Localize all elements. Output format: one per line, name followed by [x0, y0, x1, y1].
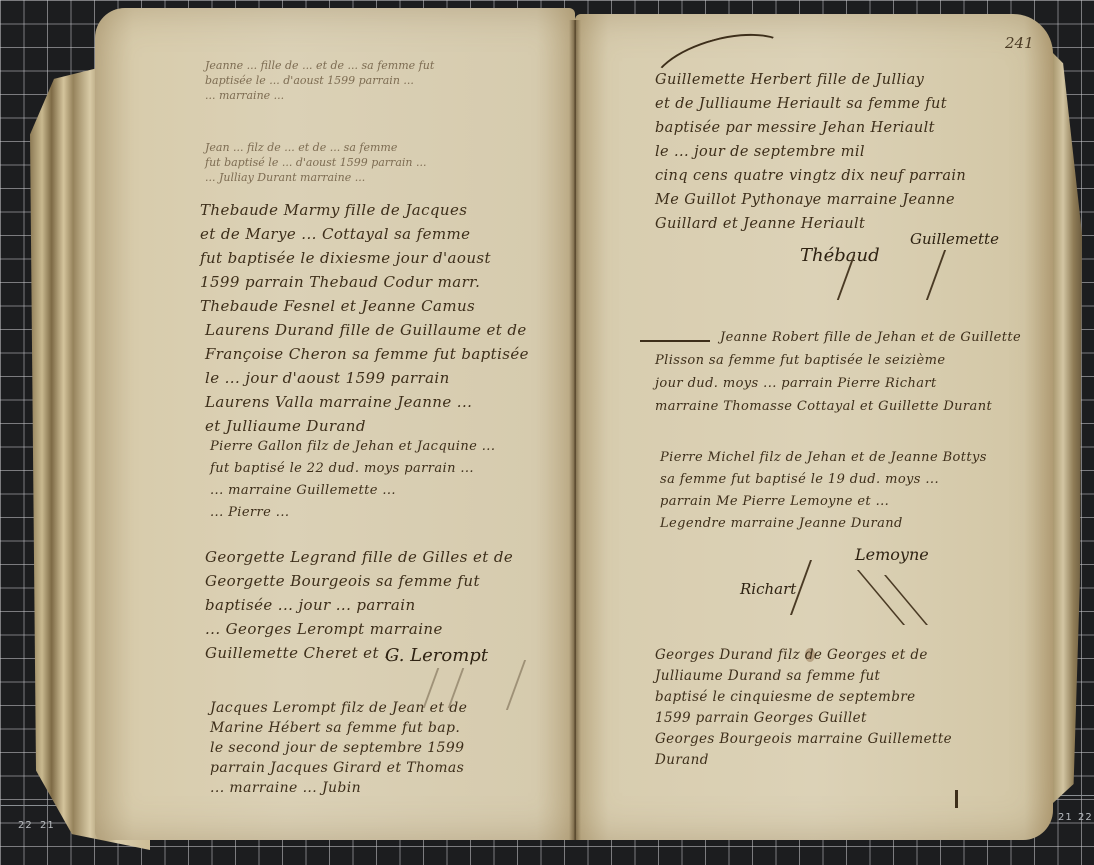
entry-line: cinq cens quatre vingtz dix neuf parrain [655, 164, 1045, 188]
register-entry: Pierre Gallon filz de Jehan et Jacquine … [210, 436, 565, 524]
entry-line: fut baptisé le 22 dud. moys parrain ... [210, 458, 565, 480]
entry-line: Julliaume Durand sa femme fut [655, 666, 1050, 687]
entry-line: Durand [655, 750, 1050, 771]
ruler-label: 21 [40, 820, 55, 831]
entry-line: baptisée le ... d'aoust 1599 parrain ... [205, 73, 560, 88]
entry-line: baptisé le cinquiesme de septembre [655, 687, 1050, 708]
entry-line: le ... jour de septembre mil [655, 140, 1045, 164]
register-entry: Jeanne Robert fille de Jehan et de Guill… [655, 326, 1050, 418]
entry-line: le second jour de septembre 1599 [210, 738, 570, 758]
register-entry: Pierre Michel filz de Jehan et de Jeanne… [660, 447, 1050, 535]
entry-line: le ... jour d'aoust 1599 parrain [205, 366, 565, 390]
entry-line: ... marraine ... [205, 88, 560, 103]
entry-line: parrain Jacques Girard et Thomas [210, 758, 570, 778]
register-entry: Jeanne ... fille de ... et de ... sa fem… [205, 58, 560, 103]
entry-line: ... Pierre ... [210, 502, 565, 524]
signature: Richart [740, 580, 796, 598]
ruler-label: 21 [1058, 812, 1073, 823]
register-entry: Laurens Durand fille de Guillaume et de … [205, 318, 565, 438]
entry-line: Pierre Gallon filz de Jehan et Jacquine … [210, 436, 565, 458]
entry-line: et de Marye ... Cottayal sa femme [200, 222, 565, 246]
signature: Thébaud [800, 245, 880, 266]
entry-line: fut baptisé le ... d'aoust 1599 parrain … [205, 155, 560, 170]
entry-line: baptisée ... jour ... parrain [205, 593, 565, 617]
register-entry: Guillemette Herbert fille de Julliay et … [655, 68, 1045, 236]
entry-line: parrain Me Pierre Lemoyne et ... [660, 491, 1050, 513]
entry-line: Pierre Michel filz de Jehan et de Jeanne… [660, 447, 1050, 469]
entry-line: Georges Durand filz de Georges et de [655, 645, 1050, 666]
entry-line: Marine Hébert sa femme fut bap. [210, 718, 570, 738]
signature: G. Lerompt [385, 645, 488, 666]
entry-line: 1599 parrain Thebaud Codur marr. [200, 270, 565, 294]
entry-line: ... marraine Guillemette ... [210, 480, 565, 502]
page-number: 241 [1005, 34, 1034, 52]
entry-line: sa femme fut baptisé le 19 dud. moys ... [660, 469, 1050, 491]
entry-line: fut baptisée le dixiesme jour d'aoust [200, 246, 565, 270]
entry-line: Georgette Bourgeois sa femme fut [205, 569, 565, 593]
entry-line: Thebaude Fesnel et Jeanne Camus [200, 294, 565, 318]
entry-line: ... Julliay Durant marraine ... [205, 170, 560, 185]
entry-line: et Julliaume Durand [205, 414, 565, 438]
register-entry: Thebaude Marmy fille de Jacques et de Ma… [200, 198, 565, 318]
entry-line: Jacques Lerompt filz de Jean et de [210, 698, 570, 718]
signature: Lemoyne [855, 545, 929, 564]
entry-line: Jeanne Robert fille de Jehan et de Guill… [655, 326, 1050, 349]
entry-line: marraine Thomasse Cottayal et Guillette … [655, 395, 1050, 418]
entry-line: Laurens Durand fille de Guillaume et de [205, 318, 565, 342]
book-gutter [569, 20, 581, 840]
entry-line: Me Guillot Pythonaye marraine Jeanne [655, 188, 1045, 212]
entry-line: Thebaude Marmy fille de Jacques [200, 198, 565, 222]
page-mark [955, 790, 958, 808]
entry-line: ... marraine ... Jubin [210, 778, 570, 798]
entry-line: Laurens Valla marraine Jeanne ... [205, 390, 565, 414]
signature: Guillemette [910, 230, 999, 248]
entry-line: Georgette Legrand fille de Gilles et de [205, 545, 565, 569]
register-entry: Jacques Lerompt filz de Jean et de Marin… [210, 698, 570, 798]
entry-line: Françoise Cheron sa femme fut baptisée [205, 342, 565, 366]
entry-line: Georges Bourgeois marraine Guillemette [655, 729, 1050, 750]
entry-line: ... Georges Lerompt marraine [205, 617, 565, 641]
register-entry: Jean ... filz de ... et de ... sa femme … [205, 140, 560, 185]
entry-line: Guillemette Herbert fille de Julliay [655, 68, 1045, 92]
register-entry: Georges Durand filz de Georges et de Jul… [655, 645, 1050, 771]
entry-line: Legendre marraine Jeanne Durand [660, 513, 1050, 535]
ruler-label: 22 [1078, 812, 1093, 823]
entry-line: et de Julliaume Heriault sa femme fut [655, 92, 1045, 116]
entry-line: Jeanne ... fille de ... et de ... sa fem… [205, 58, 560, 73]
entry-line: 1599 parrain Georges Guillet [655, 708, 1050, 729]
entry-line: Plisson sa femme fut baptisée le seizièm… [655, 349, 1050, 372]
entry-line: Jean ... filz de ... et de ... sa femme [205, 140, 560, 155]
entry-line: baptisée par messire Jehan Heriault [655, 116, 1045, 140]
ruler-label: 22 [18, 820, 33, 831]
entry-line: jour dud. moys ... parrain Pierre Richar… [655, 372, 1050, 395]
